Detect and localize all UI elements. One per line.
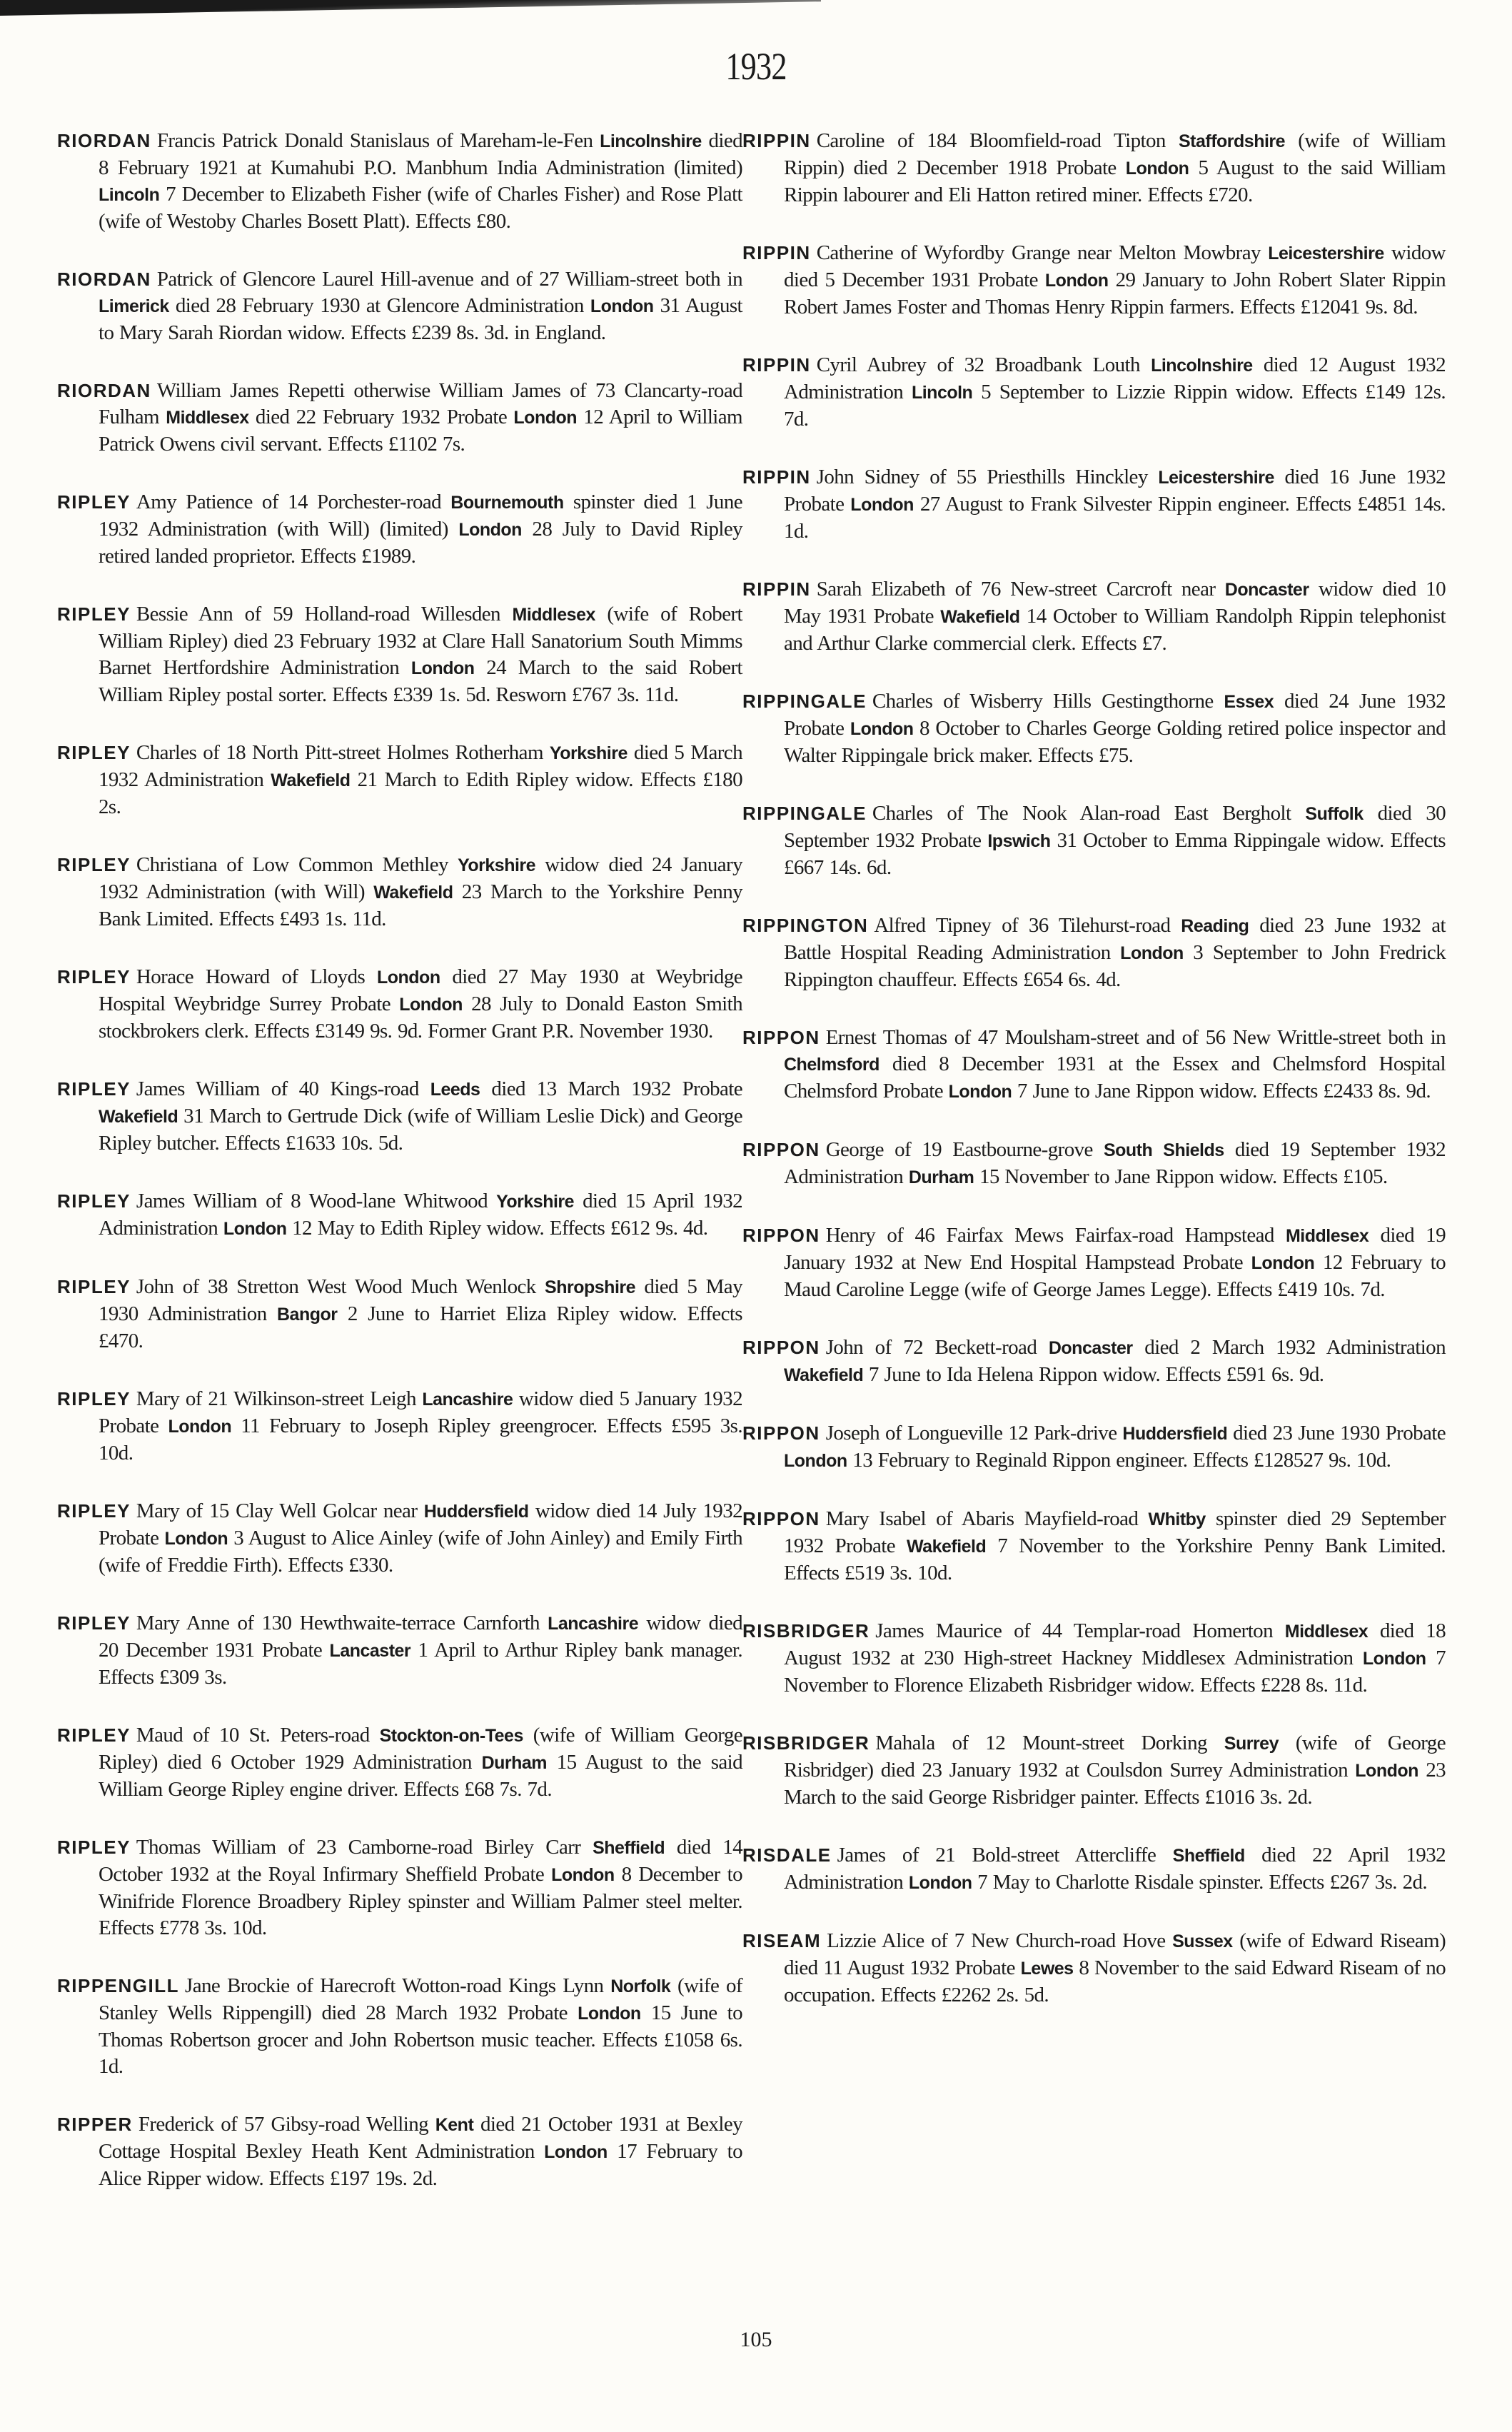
entry-surname: RISBRIDGER (742, 1620, 870, 1642)
entry-surname: RIPLEY (57, 1276, 131, 1297)
entry-place: London (1045, 271, 1109, 291)
register-entry: RIORDANFrancis Patrick Donald Stanislaus… (57, 128, 742, 235)
left-column: RIORDANFrancis Patrick Donald Stanislaus… (57, 107, 742, 2224)
entry-place: Sussex (1172, 1931, 1233, 1951)
entry-place: Durham (909, 1167, 974, 1187)
entry-surname: RIPLEY (57, 966, 131, 988)
register-entry: RIPLEYJohn of 38 Stretton West Wood Much… (57, 1274, 742, 1355)
entry-place: Ipswich (987, 831, 1050, 851)
entry-place: Suffolk (1305, 804, 1363, 824)
register-entry: RIPLEYMary of 15 Clay Well Golcar near H… (57, 1498, 742, 1579)
right-column: RIPPINCaroline of 184 Bloomfield-road Ti… (742, 107, 1446, 2040)
register-entry: RIPPINGALECharles of Wisberry Hills Gest… (742, 688, 1446, 769)
entry-place: Leicestershire (1268, 243, 1384, 263)
entry-place: Norfolk (610, 1976, 670, 1996)
entry-place: Whitby (1149, 1509, 1206, 1529)
register-entry: RIPPINCyril Aubrey of 32 Broadbank Louth… (742, 352, 1446, 433)
entry-place: London (949, 1082, 1012, 1102)
entry-place: Doncaster (1049, 1338, 1133, 1358)
register-entry: RIPLEYBessie Ann of 59 Holland-road Will… (57, 601, 742, 708)
register-entry: RIPLEYJames William of 8 Wood-lane Whitw… (57, 1188, 742, 1242)
entry-place: Bangor (277, 1305, 338, 1325)
entry-surname: RIPPON (742, 1508, 820, 1529)
entry-surname: RISEAM (742, 1930, 821, 1951)
entry-surname: RISDALE (742, 1844, 832, 1866)
entry-place: Yorkshire (458, 855, 535, 875)
entry-place: Limerick (99, 296, 169, 316)
entry-place: London (458, 520, 522, 540)
entry-surname: RIPPIN (742, 466, 811, 488)
entry-place: Durham (482, 1753, 547, 1773)
entry-place: Leeds (430, 1080, 480, 1100)
entry-place: London (578, 2004, 641, 2024)
entry-place: Huddersfield (1122, 1424, 1227, 1444)
entry-place: London (850, 495, 914, 515)
entry-surname: RIPLEY (57, 491, 131, 513)
entry-place: Wakefield (99, 1107, 178, 1127)
entry-place: London (544, 2142, 608, 2162)
register-entry: RIPPINCatherine of Wyfordby Grange near … (742, 240, 1446, 321)
register-entry: RIPPERFrederick of 57 Gibsy-road Welling… (57, 2111, 742, 2192)
entry-place: London (168, 1417, 231, 1437)
entry-place: London (1126, 159, 1189, 179)
entry-place: London (377, 968, 440, 988)
entry-place: South Shields (1104, 1140, 1224, 1160)
register-entry: RIPLEYHorace Howard of Lloyds London die… (57, 964, 742, 1045)
entry-place: Lincoln (99, 185, 159, 205)
entry-place: London (909, 1873, 972, 1893)
entry-surname: RIPLEY (57, 742, 131, 763)
entry-place: London (590, 296, 654, 316)
register-entry: RIPPINJohn Sidney of 55 Priesthills Hinc… (742, 464, 1446, 545)
entry-surname: RIPPIN (742, 242, 811, 263)
register-entry: RIPLEYAmy Patience of 14 Porchester-road… (57, 489, 742, 570)
entry-place: London (1355, 1761, 1418, 1781)
entry-place: London (1363, 1649, 1426, 1669)
entry-surname: RIPPER (57, 2114, 133, 2135)
entry-surname: RISBRIDGER (742, 1732, 870, 1754)
register-entry: RIPPINCaroline of 184 Bloomfield-road Ti… (742, 128, 1446, 208)
entry-surname: RIORDAN (57, 268, 151, 290)
entry-place: Sheffield (593, 1838, 665, 1858)
register-entry: RIPLEYMaud of 10 St. Peters-road Stockto… (57, 1722, 742, 1803)
entry-place: London (223, 1219, 287, 1239)
entry-place: Middlesex (513, 605, 595, 625)
entry-place: London (399, 995, 463, 1015)
entry-surname: RIPLEY (57, 1836, 131, 1858)
entry-place: Wakefield (784, 1365, 863, 1385)
register-entry: RIPPONJohn of 72 Beckett-road Doncaster … (742, 1335, 1446, 1389)
register-entry: RIPPONGeorge of 19 Eastbourne-grove Sout… (742, 1137, 1446, 1191)
entry-place: Lincolnshire (1151, 356, 1253, 376)
register-entry: RIPPINSarah Elizabeth of 76 New-street C… (742, 576, 1446, 657)
entry-surname: RIORDAN (57, 130, 151, 151)
entry-place: London (1251, 1253, 1315, 1273)
entry-place: London (513, 408, 577, 428)
entry-surname: RIPLEY (57, 854, 131, 875)
entry-surname: RIPPINGALE (742, 690, 867, 712)
register-entry: RIORDANPatrick of Glencore Laurel Hill-a… (57, 266, 742, 346)
register-entry: RIPPONErnest Thomas of 47 Moulsham-stree… (742, 1025, 1446, 1105)
register-entry: RIPPINGTONAlfred Tipney of 36 Tilehurst-… (742, 913, 1446, 993)
register-entry: RISBRIDGERJames Maurice of 44 Templar-ro… (742, 1618, 1446, 1699)
entry-surname: RIPPINGTON (742, 915, 868, 936)
entry-surname: RIPLEY (57, 603, 131, 625)
entry-place: Lincolnshire (600, 131, 702, 151)
entry-place: Shropshire (545, 1277, 635, 1297)
entry-surname: RIPPON (742, 1422, 820, 1444)
entry-surname: RIPLEY (57, 1078, 131, 1100)
entry-surname: RIPPON (742, 1225, 820, 1246)
entry-place: Staffordshire (1179, 131, 1285, 151)
entry-place: Middlesex (166, 408, 248, 428)
entry-place: Doncaster (1225, 580, 1309, 600)
entry-place: London (551, 1865, 615, 1885)
entry-place: Wakefield (907, 1537, 986, 1557)
register-entry: RIPLEYChristiana of Low Common Methley Y… (57, 852, 742, 933)
entry-place: Lancashire (548, 1614, 638, 1634)
entry-place: Huddersfield (424, 1502, 529, 1522)
entry-place: Middlesex (1285, 1622, 1368, 1642)
entry-place: Reading (1181, 916, 1249, 936)
register-entry: RIPPINGALECharles of The Nook Alan-road … (742, 800, 1446, 881)
register-entry: RIPPENGILLJane Brockie of Harecroft Wott… (57, 1973, 742, 2080)
page-header-year: 1932 (136, 44, 1376, 89)
entry-place: Chelmsford (784, 1055, 880, 1075)
page-number: 105 (0, 2328, 1512, 2352)
entry-place: Middlesex (1286, 1226, 1369, 1246)
entry-surname: RIPPON (742, 1027, 820, 1048)
register-entry: RIPLEYMary Anne of 130 Hewthwaite-terrac… (57, 1610, 742, 1691)
entry-surname: RIPPIN (742, 354, 811, 376)
entry-surname: RIPPON (742, 1337, 820, 1358)
entry-place: Yorkshire (496, 1192, 574, 1212)
entry-place: Surrey (1224, 1734, 1279, 1754)
entry-surname: RIORDAN (57, 380, 151, 401)
entry-place: Wakefield (940, 607, 1019, 627)
entry-place: Lancashire (422, 1390, 513, 1410)
register-entry: RIPLEYJames William of 40 Kings-road Lee… (57, 1076, 742, 1157)
entry-place: Essex (1224, 692, 1274, 712)
register-entry: RISDALEJames of 21 Bold-street Atterclif… (742, 1842, 1446, 1896)
register-entry: RIPLEYCharles of 18 North Pitt-street Ho… (57, 740, 742, 820)
register-entry: RIPPONJoseph of Longueville 12 Park-driv… (742, 1420, 1446, 1474)
entry-surname: RIPLEY (57, 1500, 131, 1522)
entry-place: Sheffield (1173, 1846, 1245, 1866)
entry-place: Bournemouth (450, 493, 563, 513)
register-entry: RISBRIDGERMahala of 12 Mount-street Dork… (742, 1730, 1446, 1811)
entry-surname: RIPLEY (57, 1724, 131, 1746)
entry-place: Lincoln (912, 383, 972, 403)
entry-place: Wakefield (373, 883, 453, 903)
entry-place: Stockton-on-Tees (380, 1726, 523, 1746)
register-entry: RIPPONHenry of 46 Fairfax Mews Fairfax-r… (742, 1222, 1446, 1303)
entry-surname: RIPPINGALE (742, 803, 867, 824)
register-entry: RIPLEYMary of 21 Wilkinson-street Leigh … (57, 1386, 742, 1467)
entry-surname: RIPLEY (57, 1612, 131, 1634)
register-entry: RIPLEYThomas William of 23 Camborne-road… (57, 1834, 742, 1941)
register-entry: RISEAMLizzie Alice of 7 New Church-road … (742, 1928, 1446, 2009)
entry-surname: RIPLEY (57, 1190, 131, 1212)
entry-place: London (850, 719, 914, 739)
entry-place: London (165, 1529, 228, 1549)
entry-surname: RIPPON (742, 1139, 820, 1160)
entry-place: Yorkshire (550, 743, 628, 763)
register-entry: RIPPONMary Isabel of Abaris Mayfield-roa… (742, 1506, 1446, 1587)
entry-place: Lancaster (330, 1641, 411, 1661)
scan-edge-shadow (0, 0, 821, 16)
entry-surname: RIPLEY (57, 1388, 131, 1410)
entry-surname: RIPPIN (742, 578, 811, 600)
entry-surname: RIPPIN (742, 130, 811, 151)
entry-place: London (411, 658, 475, 678)
entry-place: London (784, 1451, 847, 1471)
entry-surname: RIPPENGILL (57, 1975, 179, 1996)
entry-place: Wakefield (271, 770, 350, 790)
entry-place: London (1120, 943, 1184, 963)
entry-place: Lewes (1021, 1959, 1074, 1979)
entry-place: Leicestershire (1158, 468, 1274, 488)
entry-place: Kent (435, 2115, 474, 2135)
register-entry: RIORDANWilliam James Repetti otherwise W… (57, 378, 742, 458)
